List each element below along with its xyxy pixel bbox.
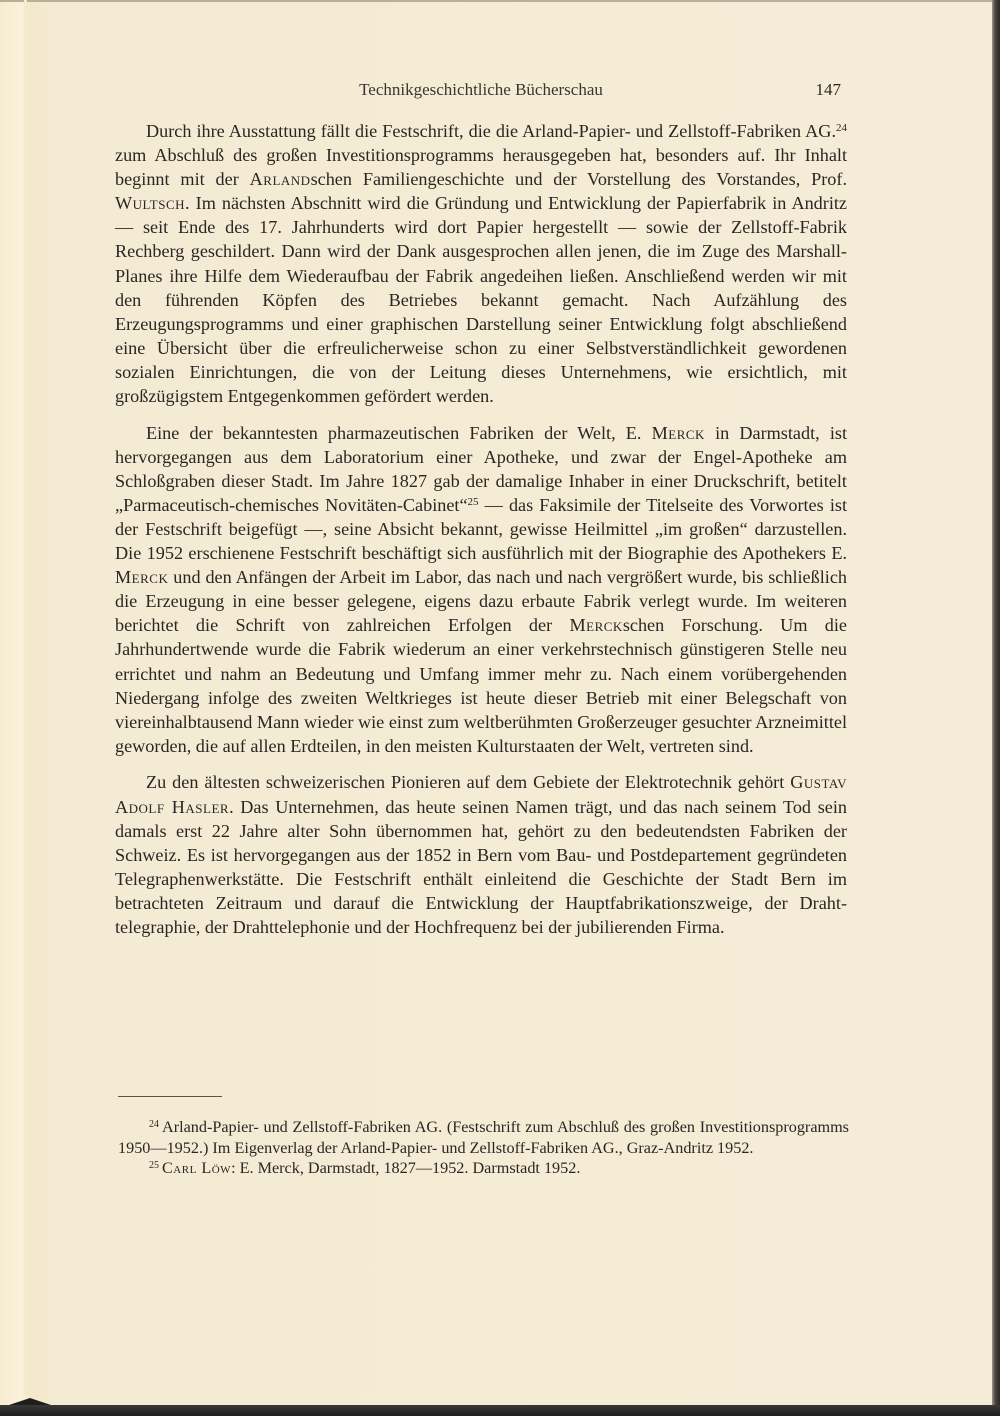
- small-caps-name: Merck: [569, 615, 622, 635]
- page-number: 147: [816, 78, 842, 102]
- page-top-edge: [0, 0, 1000, 2]
- paragraph-arland: Durch ihre Ausstattung fällt die Festsch…: [115, 119, 847, 408]
- text-run: Eine der bekanntesten pharmazeutischen F…: [146, 423, 652, 443]
- footnote-number: 24: [149, 1119, 159, 1130]
- text-run: . Im nächsten Ab­schnitt wird die Gründu…: [115, 193, 847, 406]
- page-right-edge: [992, 0, 1000, 1416]
- running-header: Technikgeschichtliche Bücherschau 147: [115, 78, 847, 102]
- text-run: Arland-Papier- und Zellstoff-Fabriken AG…: [118, 1118, 849, 1157]
- text-run: : E. Merck, Darmstadt, 1827—1952. Darmst…: [231, 1159, 580, 1177]
- footnote-24: 24Arland-Papier- und Zellstoff-Fabriken …: [118, 1117, 849, 1158]
- footnote-number: 25: [149, 1160, 159, 1171]
- text-run: schen Familien­geschichte und der Vorste…: [311, 169, 847, 189]
- paragraph-merck: Eine der bekanntesten pharmazeutischen F…: [115, 421, 847, 758]
- footnotes: 24Arland-Papier- und Zellstoff-Fabriken …: [118, 1117, 849, 1179]
- binding-gutter: [24, 0, 27, 1395]
- footnote-reference: 24: [836, 122, 847, 134]
- footnote-reference: 25: [468, 496, 479, 508]
- text-run: . Das Unternehmen, das heute seinen Name…: [115, 797, 847, 937]
- paragraph-hasler: Zu den ältesten schweizerischen Pioniere…: [115, 770, 847, 939]
- footnote-divider: [118, 1096, 222, 1097]
- text-run: Zu den ältesten schweizerischen Pioniere…: [146, 772, 790, 792]
- footnote-25: 25Carl Löw: E. Merck, Darmstadt, 1827—19…: [118, 1158, 849, 1179]
- small-caps-name: Merck: [652, 423, 705, 443]
- running-title: Technikgeschichtliche Bücherschau: [115, 78, 847, 102]
- small-caps-name: Merck: [115, 567, 168, 587]
- body-text: Durch ihre Ausstattung fällt die Festsch…: [115, 119, 847, 952]
- small-caps-name: Wultsch: [115, 193, 185, 213]
- scanned-page: Technikgeschichtliche Bücherschau 147 Du…: [0, 0, 1000, 1416]
- text-run: Durch ihre Ausstattung fällt die Festsch…: [146, 121, 836, 141]
- small-caps-name: Carl Löw: [162, 1159, 231, 1177]
- small-caps-name: Arland: [250, 169, 311, 189]
- page-bottom-edge: [0, 1405, 1000, 1416]
- text-run: schen Forschung. Um die Jahrhundertwende…: [115, 615, 847, 755]
